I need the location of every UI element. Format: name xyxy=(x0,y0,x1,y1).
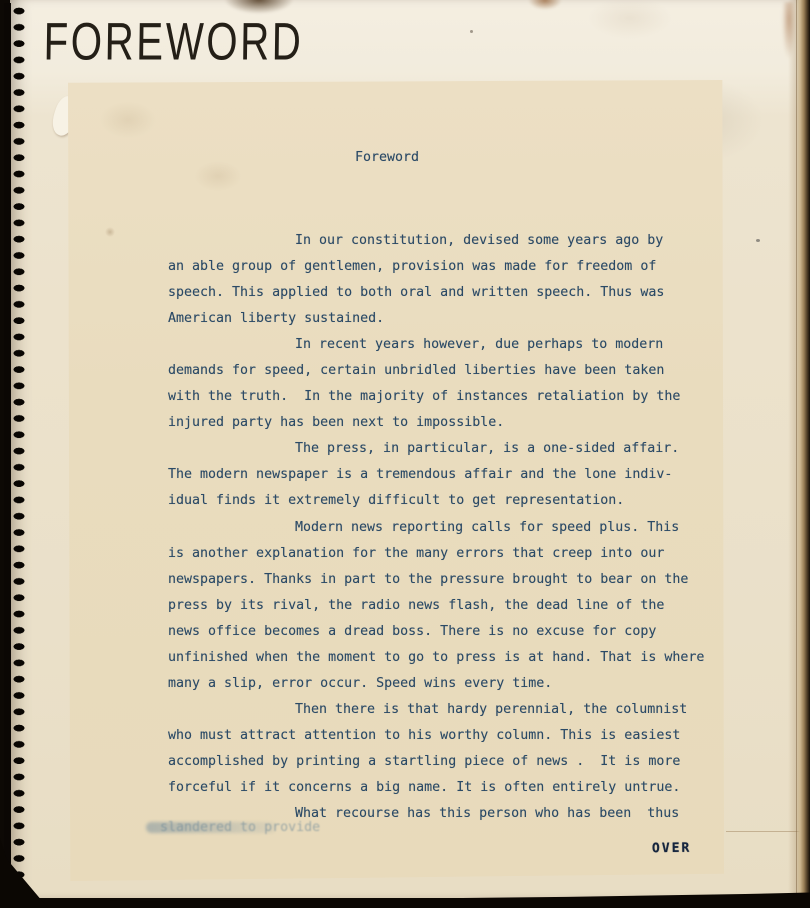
typed-line: In our constitution, devised some years … xyxy=(168,228,713,254)
stain-mark xyxy=(528,0,562,10)
page-right-edge xyxy=(788,0,810,908)
scrapbook-scan: FOREWORD Foreword In our constitution, d… xyxy=(0,0,810,908)
typed-line: news office becomes a dread boss. There … xyxy=(168,619,713,645)
typed-line: unfinished when the moment to go to pres… xyxy=(168,645,713,671)
typed-line: The press, in particular, is a one-sided… xyxy=(168,436,713,462)
typed-line: accomplished by printing a startling pie… xyxy=(168,749,713,775)
paragraph-4: Modern news reporting calls for speed pl… xyxy=(168,515,713,697)
typed-line: In recent years however, due perhaps to … xyxy=(168,332,713,358)
typed-line: injured party has been next to impossibl… xyxy=(168,410,713,436)
typed-line: Modern news reporting calls for speed pl… xyxy=(168,515,713,541)
typed-line: newspapers. Thanks in part to the pressu… xyxy=(168,567,713,593)
paragraph-1: In our constitution, devised some years … xyxy=(168,228,713,332)
typed-sheet: Foreword In our constitution, devised so… xyxy=(68,80,724,881)
typed-line: American liberty sustained. xyxy=(168,306,713,332)
typed-line: Then there is that hardy perennial, the … xyxy=(168,697,713,723)
handwritten-title: FOREWORD xyxy=(43,12,304,73)
typed-line: press by its rival, the radio news flash… xyxy=(168,593,713,619)
ink-speck xyxy=(756,239,760,242)
typed-line: with the truth. In the majority of insta… xyxy=(168,384,713,410)
spiral-binding xyxy=(4,3,30,885)
typed-line: is another explanation for the many erro… xyxy=(168,541,713,567)
typed-line: an able group of gentlemen, provision wa… xyxy=(168,254,713,280)
over-stamp: OVER xyxy=(652,841,692,857)
typed-line: demands for speed, certain unbridled lib… xyxy=(168,358,713,384)
faded-typed-line: slandered to provide xyxy=(160,820,320,835)
typed-body: In our constitution, devised some years … xyxy=(168,228,713,827)
ink-speck xyxy=(470,30,473,33)
typed-line: who must attract attention to his worthy… xyxy=(168,723,713,749)
paragraph-2: In recent years however, due perhaps to … xyxy=(168,332,713,436)
typed-line: many a slip, error occur. Speed wins eve… xyxy=(168,671,713,697)
paragraph-3: The press, in particular, is a one-sided… xyxy=(168,436,713,514)
page-edge-line xyxy=(796,0,797,908)
typed-line: forceful if it concerns a big name. It i… xyxy=(168,775,713,801)
typed-line: speech. This applied to both oral and wr… xyxy=(168,280,713,306)
typed-heading: Foreword xyxy=(355,150,419,165)
typed-line: The modern newspaper is a tremendous aff… xyxy=(168,462,713,488)
typed-line: idual finds it extremely difficult to ge… xyxy=(168,488,713,514)
paragraph-5: Then there is that hardy perennial, the … xyxy=(168,697,713,801)
